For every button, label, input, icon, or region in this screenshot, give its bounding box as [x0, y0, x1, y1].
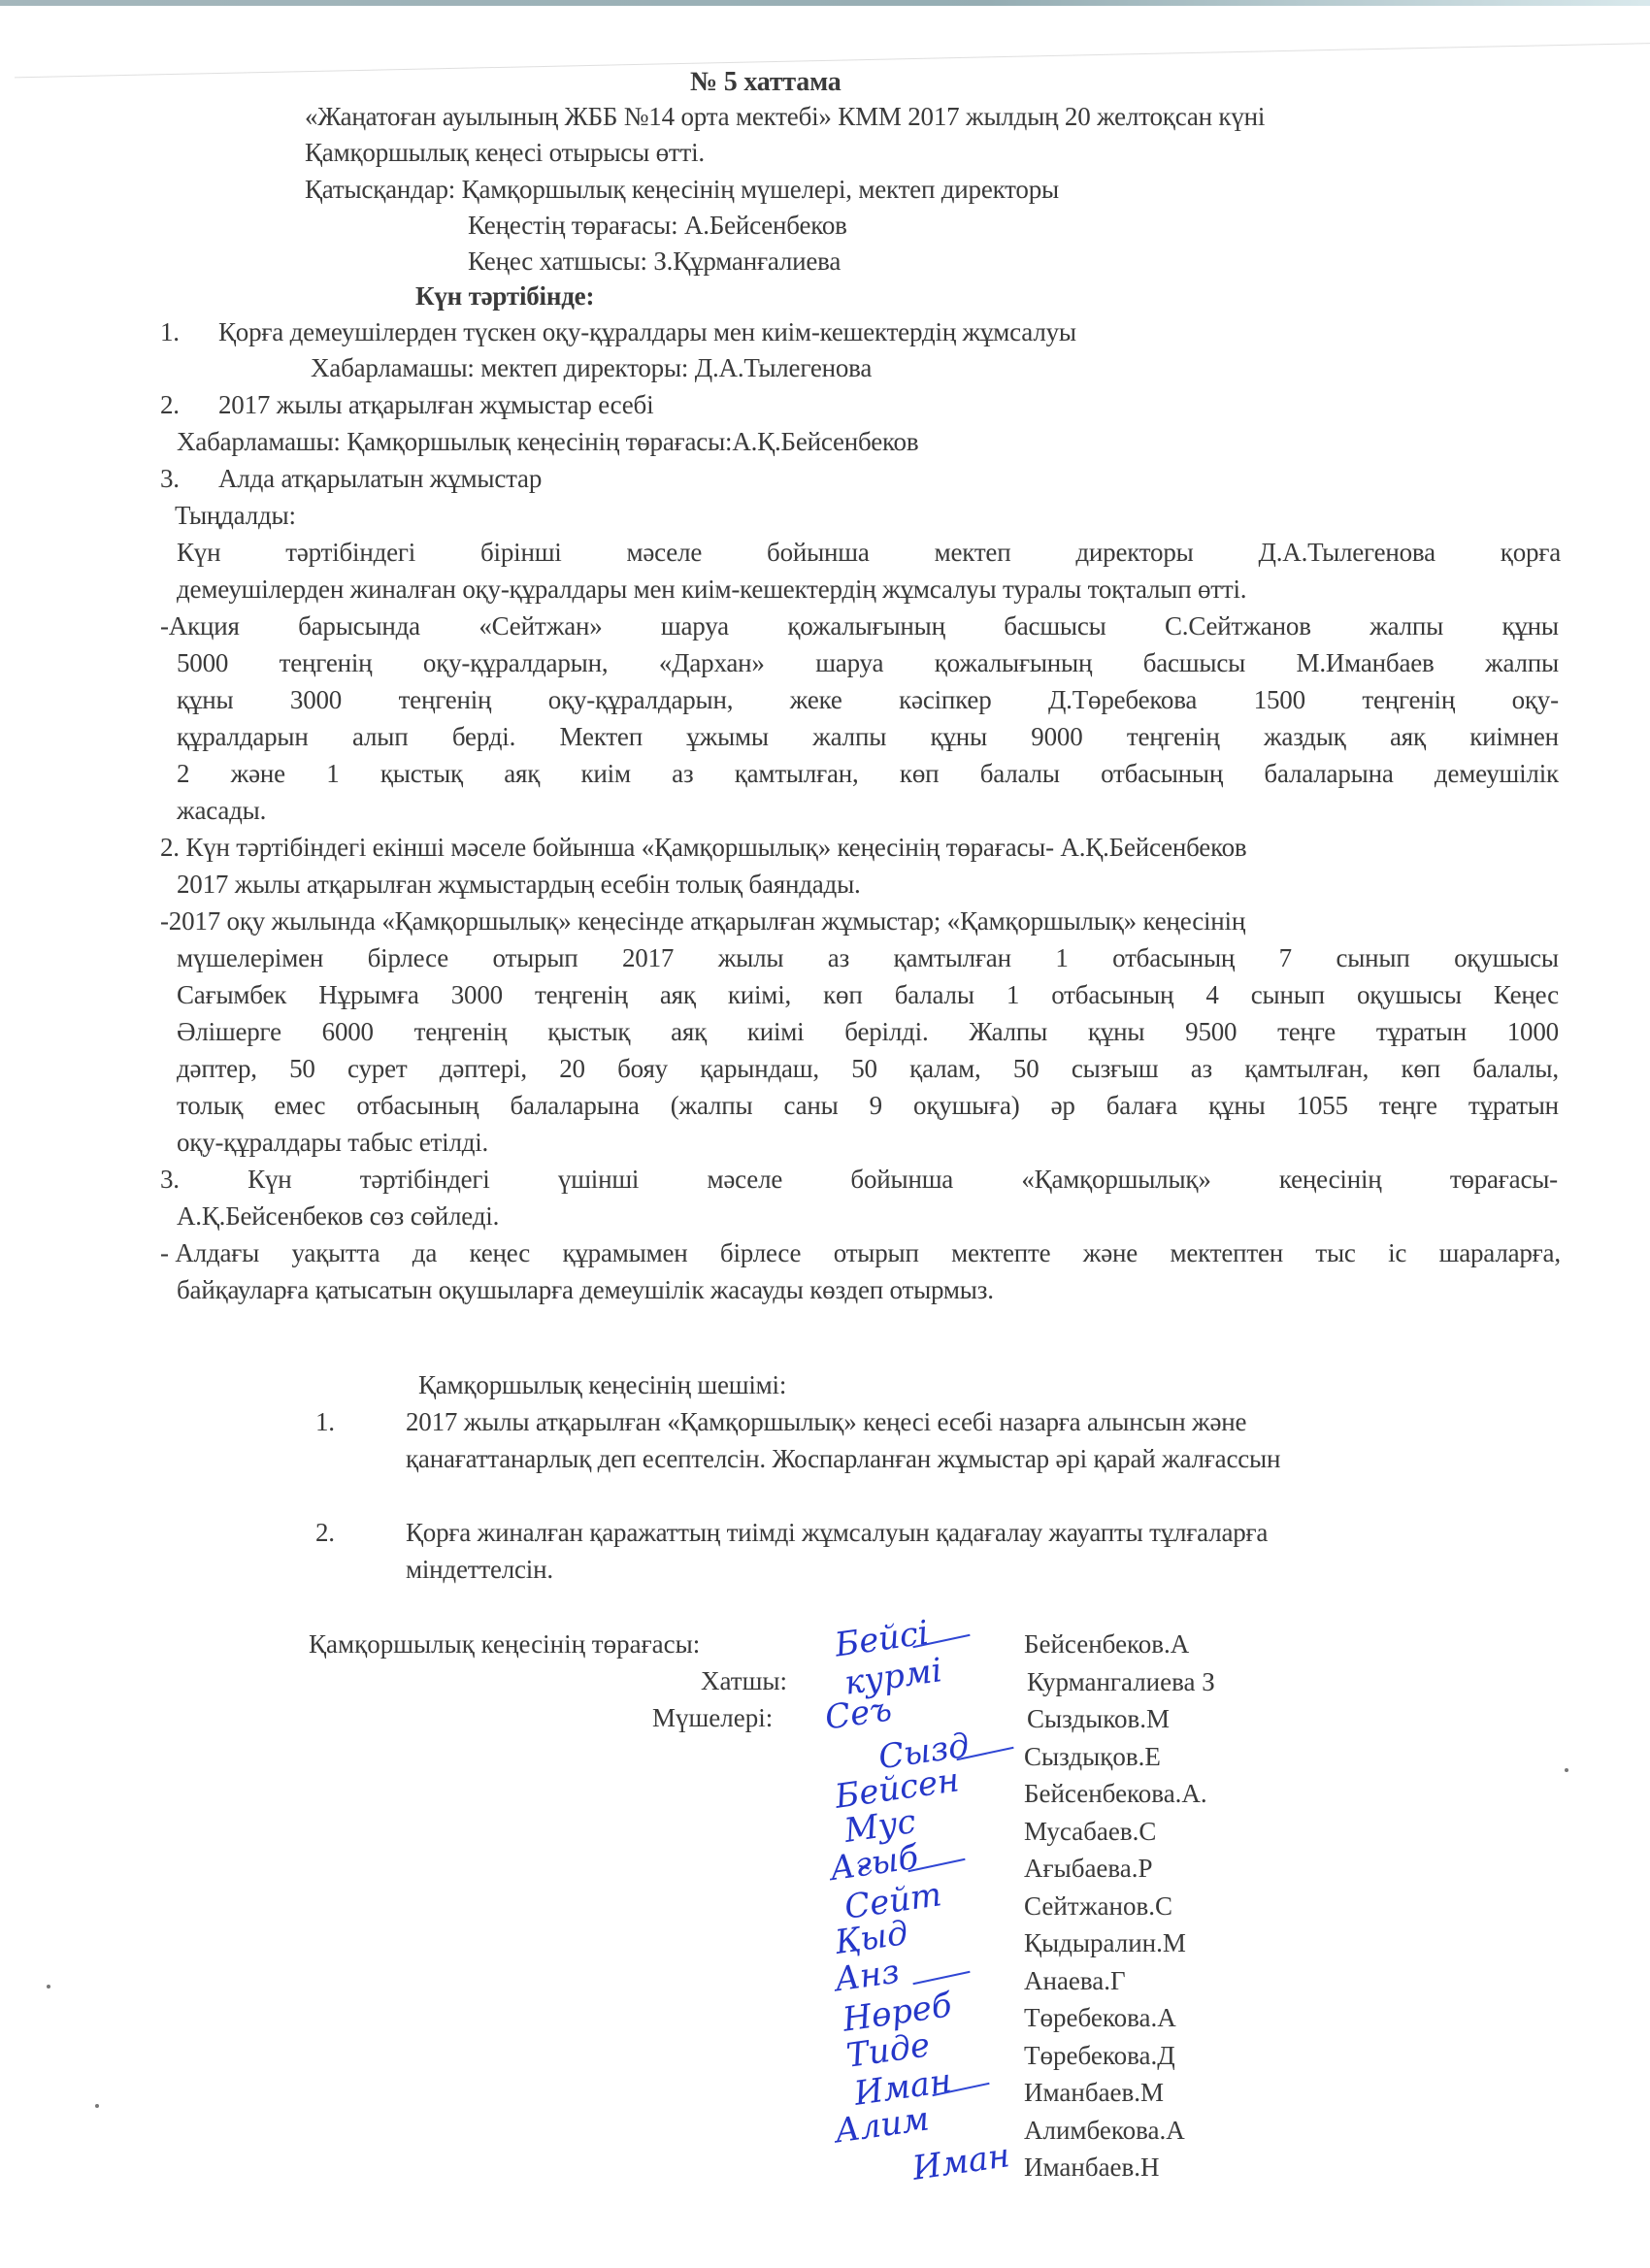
handwritten-signature: Қыд [833, 1917, 910, 1959]
word: 1000 [1507, 1015, 1559, 1048]
members-signature-label: Мүшелері: [652, 1701, 773, 1734]
word: қыстық [380, 757, 463, 790]
word: қожалығының [787, 609, 945, 642]
word: балаларына [1264, 757, 1393, 790]
handwritten-signature: Алим [833, 2102, 931, 2148]
word: бойынша [767, 536, 870, 569]
word: құны [1208, 1089, 1265, 1122]
word: 1 [1055, 941, 1068, 974]
heard-line: 2017 жылы атқарылған жұмыстардың есебін … [177, 868, 861, 901]
heard-line: толықемесотбасыныңбалаларына(жалпысаны9о… [177, 1089, 1559, 1122]
word: тұратын [1376, 1015, 1467, 1048]
word: 1500 [1254, 683, 1305, 716]
agenda-item-2-number: 2. [160, 388, 180, 421]
agenda-item-1-number: 1. [160, 315, 180, 348]
word: мектепте [951, 1236, 1050, 1269]
handwritten-signature: Сеъ [823, 1693, 894, 1734]
word: Жалпы [969, 1015, 1047, 1048]
word: (жалпы [671, 1089, 753, 1122]
word: тәртібіндегі [360, 1163, 490, 1196]
heard-line: Әлішерге6000теңгеніңқыстықаяқкиіміберілд… [177, 1015, 1559, 1048]
word: құны [1501, 609, 1558, 642]
word: аяқ [671, 1015, 707, 1048]
word: басшысы [1143, 646, 1245, 679]
word: құны [1088, 1015, 1144, 1048]
handwritten-signature: Анз [833, 1955, 902, 1996]
word: басшысы [1004, 609, 1105, 642]
word: жеке [790, 683, 842, 716]
heard-line: 3.Күнтәртібіндегіүшіншімәселебойынша«Қам… [160, 1163, 1558, 1196]
heard-label: Тыңдалды: [175, 499, 296, 532]
word: 5000 [177, 646, 228, 679]
signatory-name: Курмангалиева З [1027, 1665, 1215, 1698]
word: балалы [895, 978, 974, 1011]
signatory-name: Төребекова.А [1024, 2001, 1176, 2034]
word: теңгенің [1362, 683, 1455, 716]
word: «Сейтжан» [478, 609, 602, 642]
decision-item-2-line: міндеттелсін. [406, 1553, 553, 1586]
agenda-item-1-reporter: Хабарламашы: мектеп директоры: Д.А.Тылег… [311, 351, 872, 384]
word: аз [1191, 1052, 1212, 1085]
intro-line: Қамқоршылық кеңесі отырысы өтті. [305, 136, 705, 169]
word: жылы [718, 941, 784, 974]
word: оқу- [1512, 683, 1559, 716]
word: сызғыш [1072, 1052, 1159, 1085]
word: 50 [1013, 1052, 1039, 1085]
signatory-name: Иманбаев.Н [1024, 2151, 1160, 2184]
handwritten-signature: Иман [910, 2139, 1011, 2186]
word: Әлішерге [177, 1015, 281, 1048]
word: 9000 [1031, 720, 1082, 753]
word: тұратын [1468, 1089, 1559, 1122]
word: Күн [247, 1163, 291, 1196]
signatory-name: Ағыбаева.Р [1024, 1852, 1153, 1885]
word: дәптер, [177, 1052, 257, 1085]
agenda-item-3-text: Алда атқарылатын жұмыстар [218, 462, 542, 495]
participants-line: Қатысқандар: Қамқоршылық кеңесінің мүшел… [305, 173, 1059, 206]
word: құрамымен [562, 1236, 687, 1269]
word: отбасының [1101, 757, 1223, 790]
word: «Дархан» [659, 646, 765, 679]
word: шаруа [661, 609, 729, 642]
word: тәртібіндегі [285, 536, 415, 569]
word: барысында [298, 609, 420, 642]
word: мәселе [627, 536, 703, 569]
word: оқушысы [1454, 941, 1559, 974]
word: бояу [617, 1052, 668, 1085]
word: мектептен [1170, 1236, 1283, 1269]
word: берілді. [844, 1015, 928, 1048]
heard-line: дәптер,50суретдәптері,20бояуқарындаш,50қ… [177, 1052, 1559, 1085]
heard-line: СағымбекНұрымға3000теңгеніңаяқкиімі,көпб… [177, 978, 1559, 1011]
word: қыстық [547, 1015, 630, 1048]
word: Сағымбек [177, 978, 286, 1011]
word: М.Иманбаев [1297, 646, 1435, 679]
word: жалпы [1369, 609, 1443, 642]
word: 7 [1279, 941, 1292, 974]
word: кеңесінің [1279, 1163, 1382, 1196]
word: Д.А.Тылегенова [1259, 536, 1435, 569]
word: отырып [834, 1236, 919, 1269]
decision-item-1-number: 1. [315, 1405, 335, 1438]
heard-line: -2017 оқу жылында «Қамқоршылық» кеңесінд… [160, 904, 1245, 937]
word: теңгенің [414, 1015, 508, 1048]
agenda-item-2-text: 2017 жылы атқарылған жұмыстар есебі [218, 388, 653, 421]
word: С.Сейтжанов [1165, 609, 1311, 642]
word: отбасының [1112, 941, 1235, 974]
word: жалпы [1485, 646, 1559, 679]
word: саны [784, 1089, 839, 1122]
word: жалпы [812, 720, 886, 753]
word: 50 [851, 1052, 877, 1085]
word: бірінші [480, 536, 562, 569]
word: бойынша [850, 1163, 953, 1196]
word: бірлесе [720, 1236, 801, 1269]
decision-heading: Қамқоршылық кеңесінің шешімі: [418, 1368, 786, 1401]
secretary-signature-label: Хатшы: [701, 1664, 787, 1697]
word: теңгенің [399, 683, 492, 716]
word: шараларға, [1439, 1236, 1561, 1269]
decision-item-2-line: Қорға жиналған қаражаттың тиімді жұмсалу… [406, 1516, 1268, 1549]
signatory-name: Анаева.Г [1024, 1964, 1126, 1997]
word: және [231, 757, 285, 790]
heard-line: 2. Күн тәртібіндегі екінші мәселе бойынш… [160, 831, 1246, 864]
word: 4 [1205, 978, 1218, 1011]
word: ұжымы [686, 720, 769, 753]
word: киімі [747, 1015, 805, 1048]
agenda-item-3-number: 3. [160, 462, 180, 495]
word: Нұрымға [318, 978, 418, 1011]
signatory-name: Төребекова.Д [1024, 2039, 1175, 2072]
word: қамтылған, [1244, 1052, 1369, 1085]
word: киімнен [1469, 720, 1559, 753]
chair-signature-label: Қамқоршылық кеңесінің төрағасы: [309, 1627, 700, 1660]
word: да [412, 1236, 437, 1269]
word: 50 [289, 1052, 315, 1085]
heard-line: байқауларға қатысатын оқушыларға демеуші… [177, 1273, 994, 1306]
scan-speck [95, 2104, 99, 2108]
word: кәсіпкер [899, 683, 991, 716]
word: аяқ [1390, 720, 1426, 753]
word: шаруа [815, 646, 883, 679]
word: 9500 [1185, 1015, 1237, 1048]
word: - Алдағы [160, 1236, 259, 1269]
word: киімі, [728, 978, 791, 1011]
word: мектеп [935, 536, 1011, 569]
word: іс [1388, 1236, 1406, 1269]
signatory-name: Бейсенбеков.А [1024, 1627, 1189, 1660]
heard-line: Күнтәртібіндегібіріншімәселебойыншамекте… [177, 536, 1561, 569]
word: балалы, [1472, 1052, 1559, 1085]
heard-line: - Алдағыуақыттадакеңесқұрамыменбірлесеот… [160, 1236, 1561, 1269]
intro-line: «Жаңатоған ауылының ЖББ №14 орта мектебі… [305, 100, 1265, 133]
word: алып [352, 720, 409, 753]
heard-line: құралдарыналыпберді.Мектепұжымыжалпықұны… [177, 720, 1559, 753]
word: көп [900, 757, 939, 790]
scan-speck [1565, 1768, 1568, 1772]
signatory-name: Қыдыралин.М [1024, 1926, 1186, 1959]
signatory-name: Сейтжанов.С [1024, 1890, 1172, 1923]
decision-item-2-number: 2. [315, 1516, 335, 1549]
word: берді. [452, 720, 515, 753]
word: қамтылған, [735, 757, 859, 790]
agenda-heading: Күн тәртібінде: [415, 279, 594, 312]
word: киім [581, 757, 631, 790]
word: 3. [160, 1163, 180, 1196]
word: қамтылған [894, 941, 1011, 974]
word: демеушілік [1435, 757, 1559, 790]
word: оқу-құралдарын, [423, 646, 608, 679]
word: балалы [980, 757, 1060, 790]
word: аяқ [660, 978, 696, 1011]
word: жаздық [1264, 720, 1346, 753]
signatory-name: Мусабаев.С [1024, 1815, 1156, 1848]
word: балаға [1106, 1089, 1177, 1122]
word: Мектеп [560, 720, 643, 753]
scan-speck [47, 1985, 50, 1989]
signature-stroke [912, 1970, 970, 1984]
word: мәселе [708, 1163, 783, 1196]
heard-line: құны3000теңгеніңоқу-құралдарын,жекекәсіп… [177, 683, 1559, 716]
word: 3000 [451, 978, 503, 1011]
word: мүшелерімен [177, 941, 323, 974]
word: көп [1402, 1052, 1440, 1085]
word: Д.Төребекова [1048, 683, 1197, 716]
word: 20 [559, 1052, 585, 1085]
word: теңгенің [1127, 720, 1220, 753]
word: үшінші [558, 1163, 639, 1196]
signatory-name: Алимбекова.А [1024, 2114, 1185, 2147]
decision-item-1-line: 2017 жылы атқарылған «Қамқоршылық» кеңес… [406, 1405, 1246, 1438]
word: 2017 [622, 941, 674, 974]
word: 1 [326, 757, 339, 790]
word: құны [177, 683, 233, 716]
signatory-name: Бейсенбекова.А. [1024, 1777, 1207, 1810]
signatory-name: Иманбаев.М [1024, 2076, 1164, 2109]
chair-line: Кеңестің төрағасы: А.Бейсенбеков [468, 209, 847, 242]
document-title: № 5 хаттама [690, 66, 841, 99]
word: 2 [177, 757, 189, 790]
word: теңгенің [280, 646, 373, 679]
word: қорға [1501, 536, 1561, 569]
word: құны [931, 720, 987, 753]
word: сурет [347, 1052, 407, 1085]
heard-line: мүшелеріменбірлесеотырып2017жылыазқамтыл… [177, 941, 1559, 974]
word: теңге [1277, 1015, 1336, 1048]
word: 1055 [1297, 1089, 1348, 1122]
word: кеңес [470, 1236, 531, 1269]
word: және [1083, 1236, 1138, 1269]
word: қалам, [909, 1052, 980, 1085]
word: әр [1051, 1089, 1075, 1122]
word: оқушыға) [913, 1089, 1020, 1122]
agenda-item-1-text: Қорға демеушілерден түскен оқу-құралдары… [218, 315, 1076, 348]
word: оқушысы [1357, 978, 1462, 1011]
heard-line: А.Қ.Бейсенбеков сөз сөйледі. [177, 1200, 499, 1233]
word: теңге [1379, 1089, 1437, 1122]
word: оқу-құралдарын, [548, 683, 733, 716]
word: аз [828, 941, 849, 974]
heard-line: -Акциябарысында«Сейтжан»шаруақожалығының… [160, 609, 1559, 642]
heard-line: жасады. [177, 794, 266, 827]
word: Күн [177, 536, 220, 569]
word: 1 [1006, 978, 1019, 1011]
heard-line: демеушілерден жиналған оқу-құралдары мен… [177, 573, 1246, 606]
agenda-item-2-reporter: Хабарламашы: Қамқоршылық кеңесінің төрағ… [177, 425, 918, 458]
signatory-name: Сыздыков.М [1027, 1702, 1170, 1735]
word: директоры [1075, 536, 1193, 569]
signatory-name: Сыздықов.Е [1024, 1740, 1161, 1773]
word: төрағасы- [1450, 1163, 1558, 1196]
heard-line: 5000теңгеніңоқу-құралдарын,«Дархан»шаруа… [177, 646, 1559, 679]
word: құралдарын [177, 720, 309, 753]
word: Кеңес [1494, 978, 1559, 1011]
secretary-line: Кеңес хатшысы: З.Құрманғалиева [468, 245, 841, 278]
word: уақытта [291, 1236, 379, 1269]
word: отырып [493, 941, 578, 974]
word: тыс [1315, 1236, 1355, 1269]
word: қарындаш, [700, 1052, 819, 1085]
word: 6000 [322, 1015, 374, 1048]
word: отбасының [1051, 978, 1173, 1011]
word: -Акция [160, 609, 240, 642]
word: теңгенің [535, 978, 628, 1011]
word: көп [823, 978, 862, 1011]
word: аяқ [504, 757, 540, 790]
word: «Қамқоршылық» [1021, 1163, 1210, 1196]
heard-line: 2және1қыстықаяқкиімазқамтылған,көпбалалы… [177, 757, 1559, 790]
word: балаларына [510, 1089, 639, 1122]
word: қожалығының [935, 646, 1093, 679]
word: 9 [870, 1089, 882, 1122]
word: дәптері, [440, 1052, 527, 1085]
decision-item-1-line: қанағаттанарлық деп есептелсін. Жоспарла… [406, 1442, 1280, 1475]
word: аз [672, 757, 693, 790]
word: сынып [1336, 941, 1409, 974]
word: сынып [1251, 978, 1325, 1011]
word: 3000 [290, 683, 342, 716]
heard-line: оқу-құралдары табыс етілді. [177, 1126, 488, 1159]
word: емес [274, 1089, 325, 1122]
word: бірлесе [368, 941, 448, 974]
word: отбасының [356, 1089, 478, 1122]
word: толық [177, 1089, 243, 1122]
